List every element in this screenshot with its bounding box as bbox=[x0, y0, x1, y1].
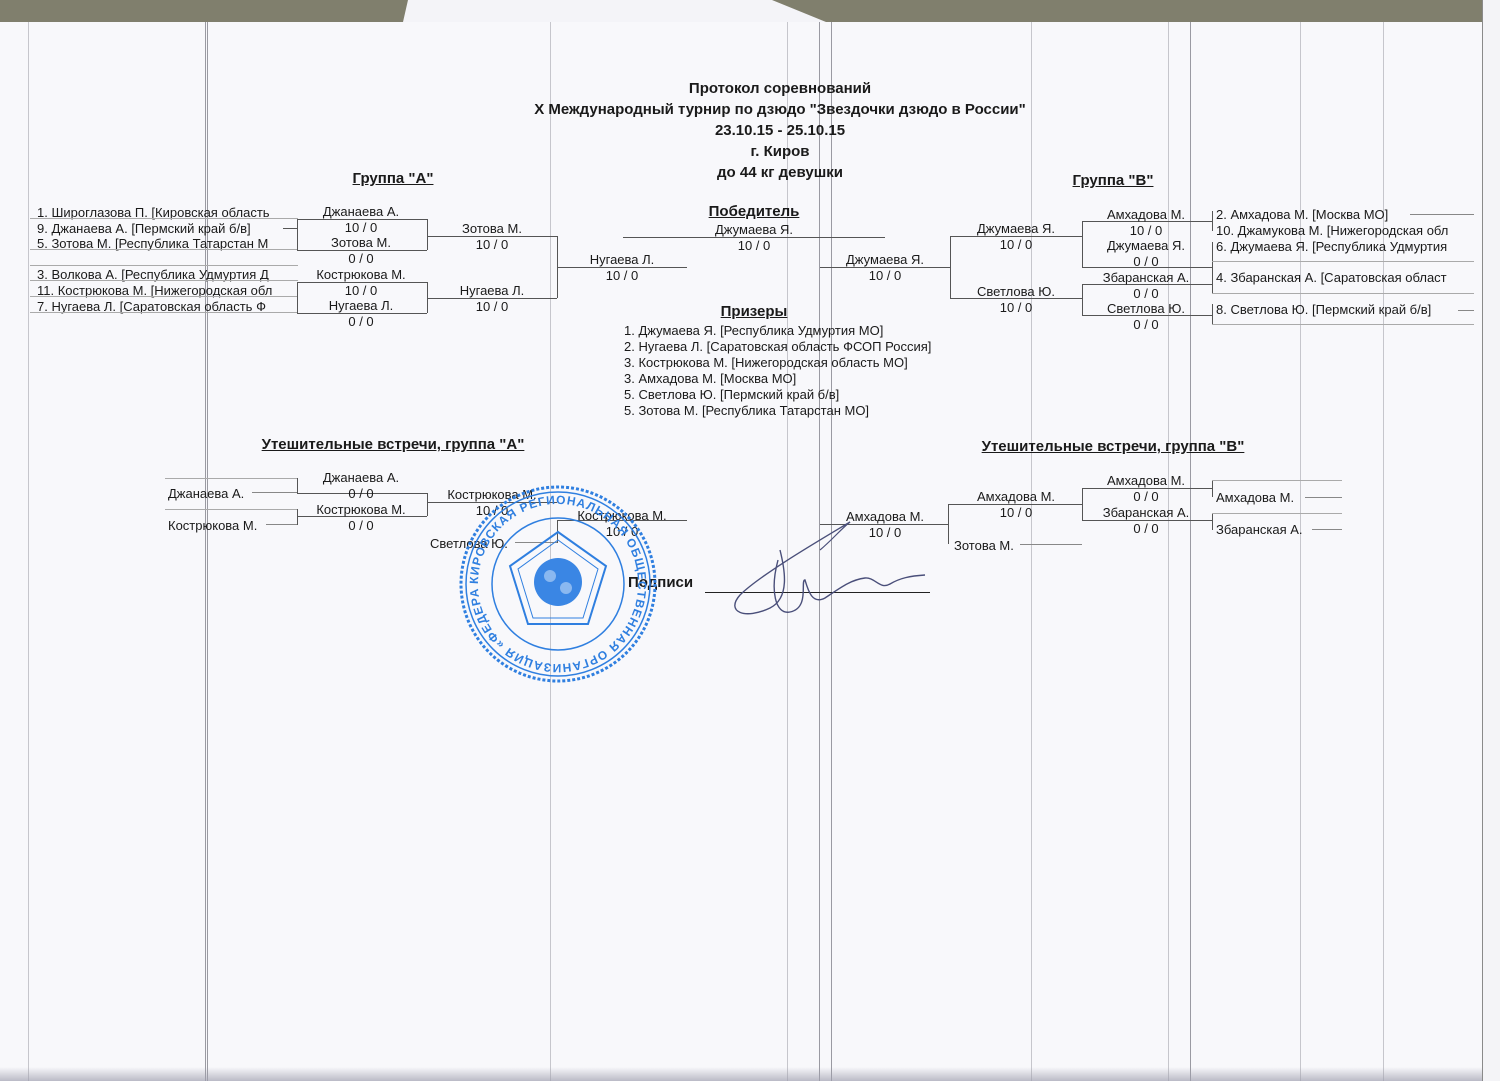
match-winner: Амхадова М. bbox=[1107, 473, 1185, 488]
match-score: 0 / 0 bbox=[1133, 317, 1158, 332]
match-winner: Зотова М. bbox=[331, 235, 391, 250]
fold-line bbox=[1031, 22, 1032, 1081]
match-winner: Збаранская А. bbox=[1103, 505, 1190, 520]
match-score: 10 / 0 bbox=[1000, 300, 1033, 315]
group-a-winner: Нугаева Л. bbox=[590, 252, 655, 267]
group-a-winner-score: 10 / 0 bbox=[606, 268, 639, 283]
match-score: 10 / 0 bbox=[1000, 505, 1033, 520]
scan-shadow bbox=[0, 1067, 1482, 1081]
match-winner: Светлова Ю. bbox=[977, 284, 1055, 299]
match-score: 0 / 0 bbox=[348, 518, 373, 533]
prizewinner-item: 5. Светлова Ю. [Пермский край б/в] bbox=[624, 387, 839, 402]
protocol-title: Протокол соревнований bbox=[689, 80, 871, 98]
match-winner: Збаранская А. bbox=[1103, 270, 1190, 285]
prizewinner-item: 1. Джумаева Я. [Республика Удмуртия МО] bbox=[624, 323, 883, 338]
group-b-entrant: 6. Джумаева Я. [Республика Удмуртия bbox=[1216, 239, 1447, 254]
match-score: 10 / 0 bbox=[345, 220, 378, 235]
match-winner: Кострюкова М. bbox=[316, 502, 405, 517]
group-b-entrant: 10. Джамукова М. [Нижегородская обл bbox=[1216, 223, 1448, 238]
scanner-right-edge bbox=[1482, 0, 1500, 1081]
tournament-city: г. Киров bbox=[750, 143, 809, 161]
match-score: 10 / 0 bbox=[345, 283, 378, 298]
match-winner: Нугаева Л. bbox=[329, 298, 394, 313]
group-a-entrant: 9. Джанаева А. [Пермский край б/в] bbox=[37, 221, 251, 236]
match-winner: Джанаева А. bbox=[323, 204, 399, 219]
consolation-b-title: Утешительные встречи, группа "В" bbox=[982, 438, 1245, 455]
match-score: 10 / 0 bbox=[1130, 223, 1163, 238]
match-score: 10 / 0 bbox=[1000, 237, 1033, 252]
consolation-b-opponent: Зотова М. bbox=[954, 538, 1014, 553]
consolation-a-entrant: Кострюкова М. bbox=[168, 518, 257, 533]
match-score: 0 / 0 bbox=[348, 314, 373, 329]
match-winner: Амхадова М. bbox=[977, 489, 1055, 504]
consolation-b-entrant: Збаранская А. bbox=[1216, 522, 1303, 537]
match-score: 0 / 0 bbox=[1133, 521, 1158, 536]
fold-line bbox=[207, 22, 208, 1081]
winner-title: Победитель bbox=[709, 203, 800, 220]
prizewinner-item: 2. Нугаева Л. [Саратовская область ФСОП … bbox=[624, 339, 931, 354]
weight-category: до 44 кг девушки bbox=[717, 164, 843, 182]
match-score: 10 / 0 bbox=[476, 299, 509, 314]
winner-name: Джумаева Я. bbox=[715, 222, 793, 237]
consolation-b-entrant: Амхадова М. bbox=[1216, 490, 1294, 505]
scanner-paper-fold bbox=[0, 0, 1482, 22]
tournament-name: X Международный турнир по дзюдо "Звездоч… bbox=[534, 101, 1026, 119]
fold-line bbox=[1300, 22, 1301, 1081]
match-winner: Джумаева Я. bbox=[1107, 238, 1185, 253]
match-score: 0 / 0 bbox=[1133, 489, 1158, 504]
consolation-a-title: Утешительные встречи, группа "А" bbox=[262, 436, 525, 453]
prizewinner-item: 3. Амхадова М. [Москва МО] bbox=[624, 371, 796, 386]
match-winner: Кострюкова М. bbox=[316, 267, 405, 282]
match-score: 0 / 0 bbox=[1133, 286, 1158, 301]
prizewinner-item: 5. Зотова М. [Республика Татарстан МО] bbox=[624, 403, 869, 418]
match-winner: Амхадова М. bbox=[1107, 207, 1185, 222]
match-winner: Нугаева Л. bbox=[460, 283, 525, 298]
match-score: 10 / 0 bbox=[476, 237, 509, 252]
match-winner: Джумаева Я. bbox=[977, 221, 1055, 236]
fold-line bbox=[1383, 22, 1384, 1081]
match-winner: Зотова М. bbox=[462, 221, 522, 236]
fold-line bbox=[1168, 22, 1169, 1081]
group-b-entrant: 4. Збаранская А. [Саратовская област bbox=[1216, 270, 1447, 285]
group-b-winner-score: 10 / 0 bbox=[869, 268, 902, 283]
fold-line bbox=[1190, 22, 1191, 1081]
winner-score: 10 / 0 bbox=[738, 238, 771, 253]
match-winner: Светлова Ю. bbox=[1107, 301, 1185, 316]
group-a-title: Группа "А" bbox=[353, 170, 434, 187]
organization-stamp: КИРОВСКАЯ РЕГИОНАЛЬНАЯ ОБЩЕСТВЕННАЯ ОРГА… bbox=[458, 484, 658, 684]
group-b-title: Группа "В" bbox=[1073, 172, 1154, 189]
fold-line bbox=[205, 22, 206, 1081]
group-b-entrant: 8. Светлова Ю. [Пермский край б/в] bbox=[1216, 302, 1431, 317]
match-score: 0 / 0 bbox=[348, 486, 373, 501]
tournament-dates: 23.10.15 - 25.10.15 bbox=[715, 122, 845, 140]
prizewinner-item: 3. Кострюкова М. [Нижегородская область … bbox=[624, 355, 908, 370]
group-b-entrant: 2. Амхадова М. [Москва МО] bbox=[1216, 207, 1388, 222]
match-score: 0 / 0 bbox=[1133, 254, 1158, 269]
signature-scribble bbox=[700, 520, 940, 630]
group-b-winner: Джумаева Я. bbox=[846, 252, 924, 267]
prizewinners-title: Призеры bbox=[721, 303, 788, 320]
match-winner: Джанаева А. bbox=[323, 470, 399, 485]
consolation-a-entrant: Джанаева А. bbox=[168, 486, 244, 501]
match-score: 0 / 0 bbox=[348, 251, 373, 266]
fold-line bbox=[28, 22, 29, 1081]
